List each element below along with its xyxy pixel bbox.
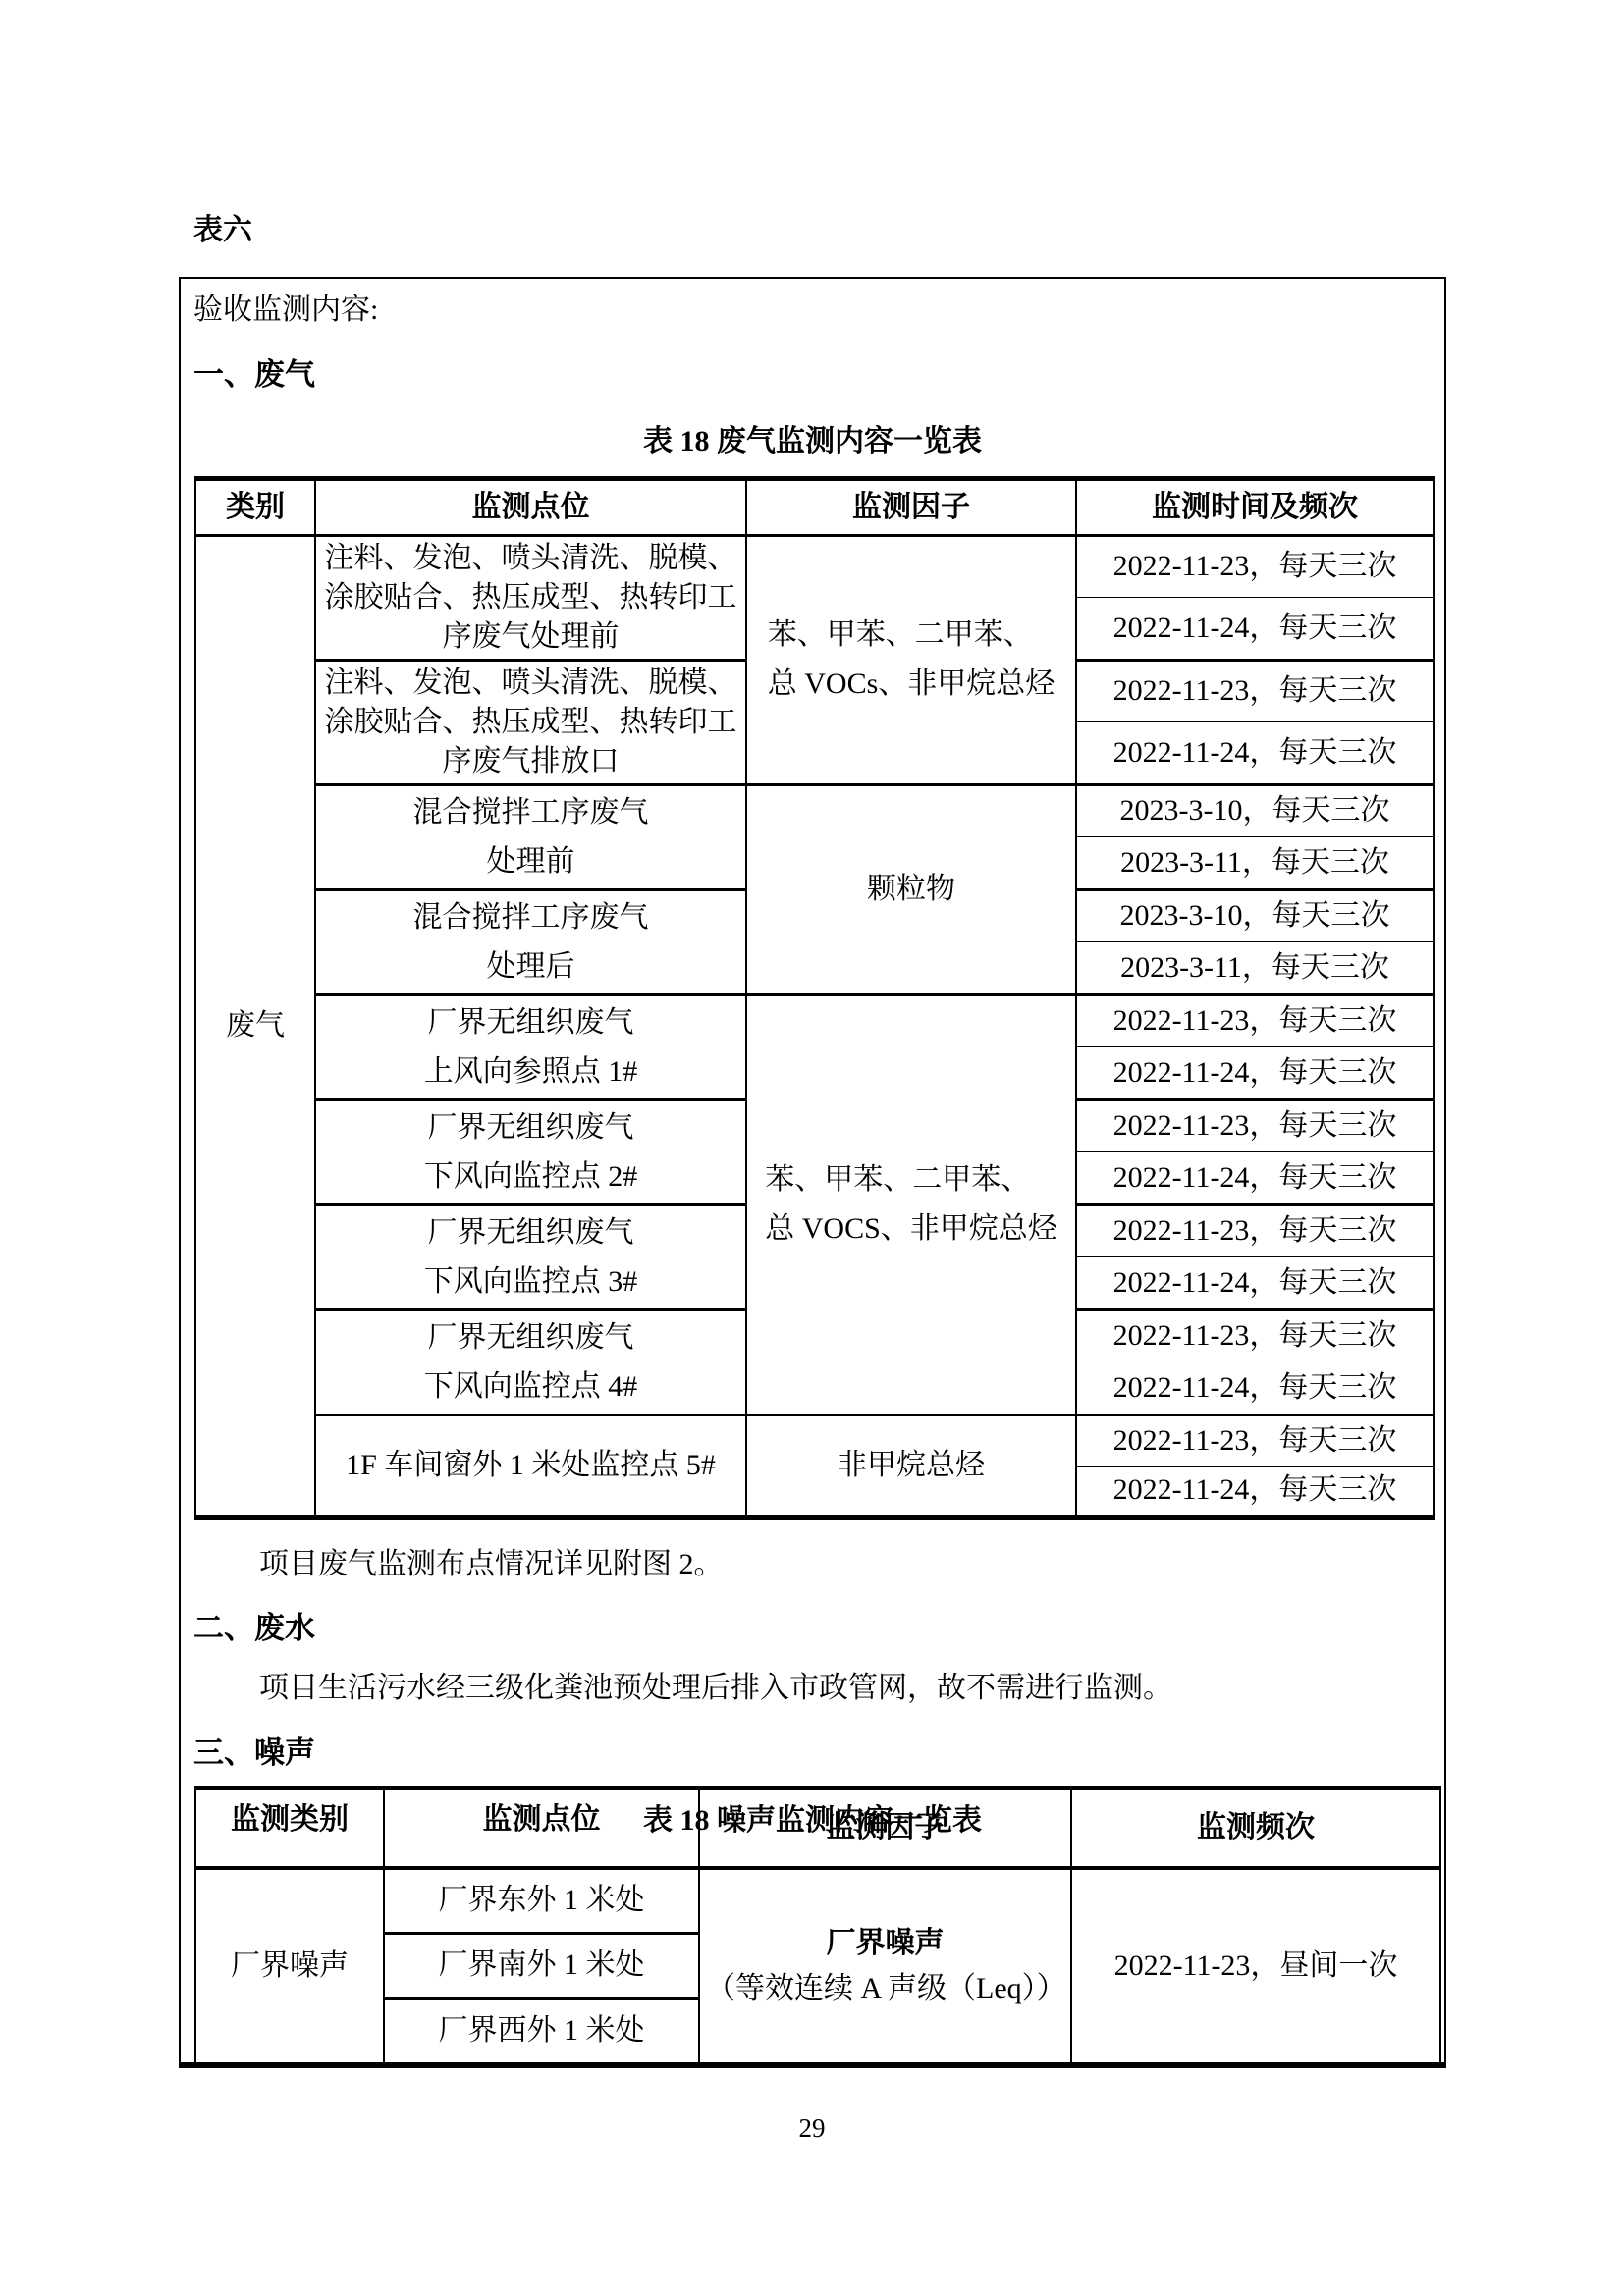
noise-category-cell: 厂界噪声 [195,1868,384,2062]
noise-point-cell: 厂界西外 1 米处 [384,1998,699,2062]
factor-text: 苯、甲苯、二甲苯、 总 VOCS、非甲烷总烃 [765,1155,1057,1254]
gas-time-cell: 2022-11-23，每天三次 [1076,1309,1434,1362]
gas-category-cell: 废气 [195,535,315,1517]
gas-point-cell: 厂界无组织废气 上风向参照点 1# [315,994,746,1099]
gas-time-cell: 2022-11-24，每天三次 [1076,1152,1434,1205]
table-row: 废气 注料、发泡、喷头清洗、脱模、 涂胶贴合、热压成型、热转印工 序废气处理前 … [195,535,1434,598]
gas-point-cell: 厂界无组织废气 下风向监控点 4# [315,1309,746,1415]
factor-text: 苯、甲苯、二甲苯、 总 VOCs、非甲烷总烃 [768,611,1056,709]
noise-factor-main: 厂界噪声 [706,1921,1064,1966]
page-number: 29 [0,2110,1624,2146]
table-row: 厂界噪声 厂界东外 1 米处 厂界噪声 （等效连续 A 声级（Leq）） 202… [195,1868,1440,1933]
section-heading-noise: 三、噪声 [193,1733,1444,1774]
gas-time-cell: 2023-3-11，每天三次 [1076,942,1434,995]
gas-header-factor: 监测因子 [746,478,1076,535]
gas-point-cell: 厂界无组织废气 下风向监控点 2# [315,1099,746,1204]
gas-time-cell: 2022-11-23，每天三次 [1076,1415,1434,1466]
gas-time-cell: 2022-11-24，每天三次 [1076,1257,1434,1310]
gas-time-cell: 2023-3-10，每天三次 [1076,784,1434,837]
gas-point-cell: 1F 车间窗外 1 米处监控点 5# [315,1415,746,1517]
gas-time-cell: 2023-3-10，每天三次 [1076,889,1434,942]
gas-time-cell: 2022-11-24，每天三次 [1076,1466,1434,1517]
gas-factor-cell: 颗粒物 [746,784,1076,994]
gas-time-cell: 2022-11-23，每天三次 [1076,660,1434,722]
factor-text: 非甲烷总烃 [838,1441,985,1490]
wastewater-note: 项目生活污水经三级化粪池预处理后排入市政管网，故不需进行监测。 [259,1669,1444,1709]
gas-time-cell: 2022-11-24，每天三次 [1076,1362,1434,1415]
gas-header-point: 监测点位 [315,478,746,535]
gas-point-cell: 注料、发泡、喷头清洗、脱模、 涂胶贴合、热压成型、热转印工 序废气处理前 [315,535,746,660]
table-row: 混合搅拌工序废气 处理前 颗粒物 2023-3-10，每天三次 [195,784,1434,837]
noise-header-frequency: 监测频次 [1071,1788,1440,1868]
gas-factor-cell: 非甲烷总烃 [746,1415,1076,1517]
noise-header-category: 监测类别 [195,1788,384,1868]
noise-frequency-cell: 2022-11-23，昼间一次 [1071,1868,1440,2062]
doc-label: 表六 [193,211,252,251]
gas-factor-cell: 苯、甲苯、二甲苯、 总 VOCS、非甲烷总烃 [746,994,1076,1415]
gas-time-cell: 2022-11-23，每天三次 [1076,994,1434,1047]
gas-time-cell: 2022-11-23，每天三次 [1076,1204,1434,1257]
gas-table-title: 表 18 废气监测内容一览表 [181,422,1444,462]
gas-time-cell: 2023-3-11，每天三次 [1076,837,1434,890]
gas-time-cell: 2022-11-24，每天三次 [1076,598,1434,661]
gas-table: 类别 监测点位 监测因子 监测时间及频次 废气 注料、发泡、喷头清洗、脱模、 涂… [194,476,1435,1520]
gas-note: 项目废气监测布点情况详见附图 2。 [259,1545,1444,1585]
factor-text: 颗粒物 [867,865,955,914]
gas-time-cell: 2022-11-24，每天三次 [1076,722,1434,785]
content-box: 验收监测内容: 一、废气 表 18 废气监测内容一览表 类别 监测点位 监测因子… [179,277,1446,2068]
noise-point-cell: 厂界东外 1 米处 [384,1868,699,1933]
noise-factor-cell: 厂界噪声 （等效连续 A 声级（Leq）） [699,1868,1071,2062]
table-row: 1F 车间窗外 1 米处监控点 5# 非甲烷总烃 2022-11-23，每天三次 [195,1415,1434,1466]
section-heading-wastewater: 二、废水 [193,1608,1444,1649]
gas-header-time: 监测时间及频次 [1076,478,1434,535]
gas-point-cell: 厂界无组织废气 下风向监控点 3# [315,1204,746,1309]
gas-time-cell: 2022-11-24，每天三次 [1076,1047,1434,1100]
intro-text: 验收监测内容: [193,291,1444,331]
noise-table: 监测类别 监测点位 监测因子 监测频次 厂界噪声 厂界东外 1 米处 厂界噪声 … [194,1786,1441,2063]
gas-time-cell: 2022-11-23，每天三次 [1076,535,1434,598]
gas-point-cell: 注料、发泡、喷头清洗、脱模、 涂胶贴合、热压成型、热转印工 序废气排放口 [315,660,746,784]
noise-header-row: 监测类别 监测点位 监测因子 监测频次 [195,1788,1440,1868]
section-heading-gas: 一、废气 [193,354,1444,396]
document-page: 表六 验收监测内容: 一、废气 表 18 废气监测内容一览表 类别 监测点位 监… [0,0,1624,2296]
gas-header-category: 类别 [195,478,315,535]
noise-header-factor: 监测因子 [699,1788,1071,1868]
gas-point-cell: 混合搅拌工序废气 处理前 [315,784,746,889]
gas-factor-cell: 苯、甲苯、二甲苯、 总 VOCs、非甲烷总烃 [746,535,1076,784]
noise-header-point: 监测点位 [384,1788,699,1868]
gas-time-cell: 2022-11-23，每天三次 [1076,1099,1434,1152]
gas-point-cell: 混合搅拌工序废气 处理后 [315,889,746,994]
noise-factor-sub: （等效连续 A 声级（Leq）） [706,1966,1064,2011]
table-row: 厂界无组织废气 上风向参照点 1# 苯、甲苯、二甲苯、 总 VOCS、非甲烷总烃… [195,994,1434,1047]
gas-header-row: 类别 监测点位 监测因子 监测时间及频次 [195,478,1434,535]
noise-point-cell: 厂界南外 1 米处 [384,1933,699,1998]
